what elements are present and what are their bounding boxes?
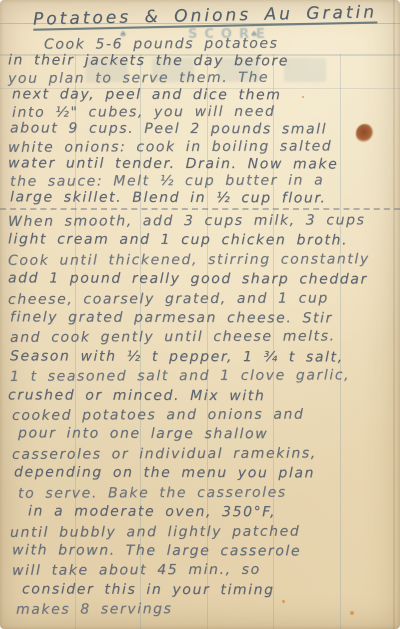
recipe-line: depending on the menu you plan	[0, 464, 400, 485]
recipe-line: When smooth, add 3 cups milk, 3 cups	[0, 211, 400, 232]
recipe-line: to serve. Bake the casseroles	[0, 483, 400, 504]
recipe-line: pour into one large shallow	[0, 425, 400, 446]
recipe-line: next day, peel and dice them	[0, 87, 400, 105]
recipe-line: white onions: cook in boiling salted	[0, 138, 400, 157]
recipe-line: makes 8 servings	[0, 599, 400, 620]
recipe-line: in their jackets the day before	[0, 52, 400, 70]
recipe-card: SCORE ♠ ♠ Potatoes & Onions Au Gratin Co…	[0, 0, 400, 629]
recipe-line: Cook until thickened, stirring constantl…	[0, 250, 400, 271]
recipe-line: cooked potatoes and onions and	[0, 405, 400, 426]
recipe-line: add 1 pound really good sharp cheddar	[0, 270, 400, 291]
recipe-line: casseroles or individual ramekins,	[0, 444, 400, 465]
recipe-line: water until tender. Drain. Now make	[0, 155, 400, 173]
recipe-line: 1 t seasoned salt and 1 clove garlic,	[0, 366, 400, 387]
recipe-line: you plan to serve them. The	[0, 69, 400, 88]
recipe-line: cheese, coarsely grated, and 1 cup	[0, 289, 400, 310]
recipe-line: the sauce: Melt ½ cup butter in a	[0, 172, 400, 191]
recipe-line: light cream and 1 cup chicken broth.	[0, 231, 400, 252]
recipe-line: in a moderate oven, 350°F,	[0, 502, 400, 523]
perforation-line	[0, 208, 400, 210]
recipe-line: will take about 45 min., so	[0, 560, 400, 581]
recipe-line: Season with ½ t pepper, 1 ¾ t salt,	[0, 347, 400, 368]
recipe-line: with brown. The large casserole	[0, 541, 400, 562]
recipe-line: about 9 cups. Peel 2 pounds small	[0, 121, 400, 139]
recipe-line: finely grated parmesan cheese. Stir	[0, 308, 400, 329]
recipe-line: until bubbly and lightly patched	[0, 522, 400, 543]
recipe-line: into ½" cubes, you will need	[0, 104, 400, 123]
recipe-line: consider this in your timing	[0, 580, 400, 601]
recipe-line: and cook gently until cheese melts.	[0, 328, 400, 349]
recipe-title: Potatoes & Onions Au Gratin	[33, 2, 377, 29]
recipe-body-upper: Cook 5-6 pounds potatoesin their jackets…	[0, 36, 400, 207]
recipe-line: Cook 5-6 pounds potatoes	[0, 35, 400, 54]
recipe-body-lower: When smooth, add 3 cups milk, 3 cupsligh…	[0, 212, 400, 620]
recipe-line: crushed or minced. Mix with	[0, 386, 400, 407]
recipe-line: large skillet. Blend in ½ cup flour.	[0, 189, 400, 207]
